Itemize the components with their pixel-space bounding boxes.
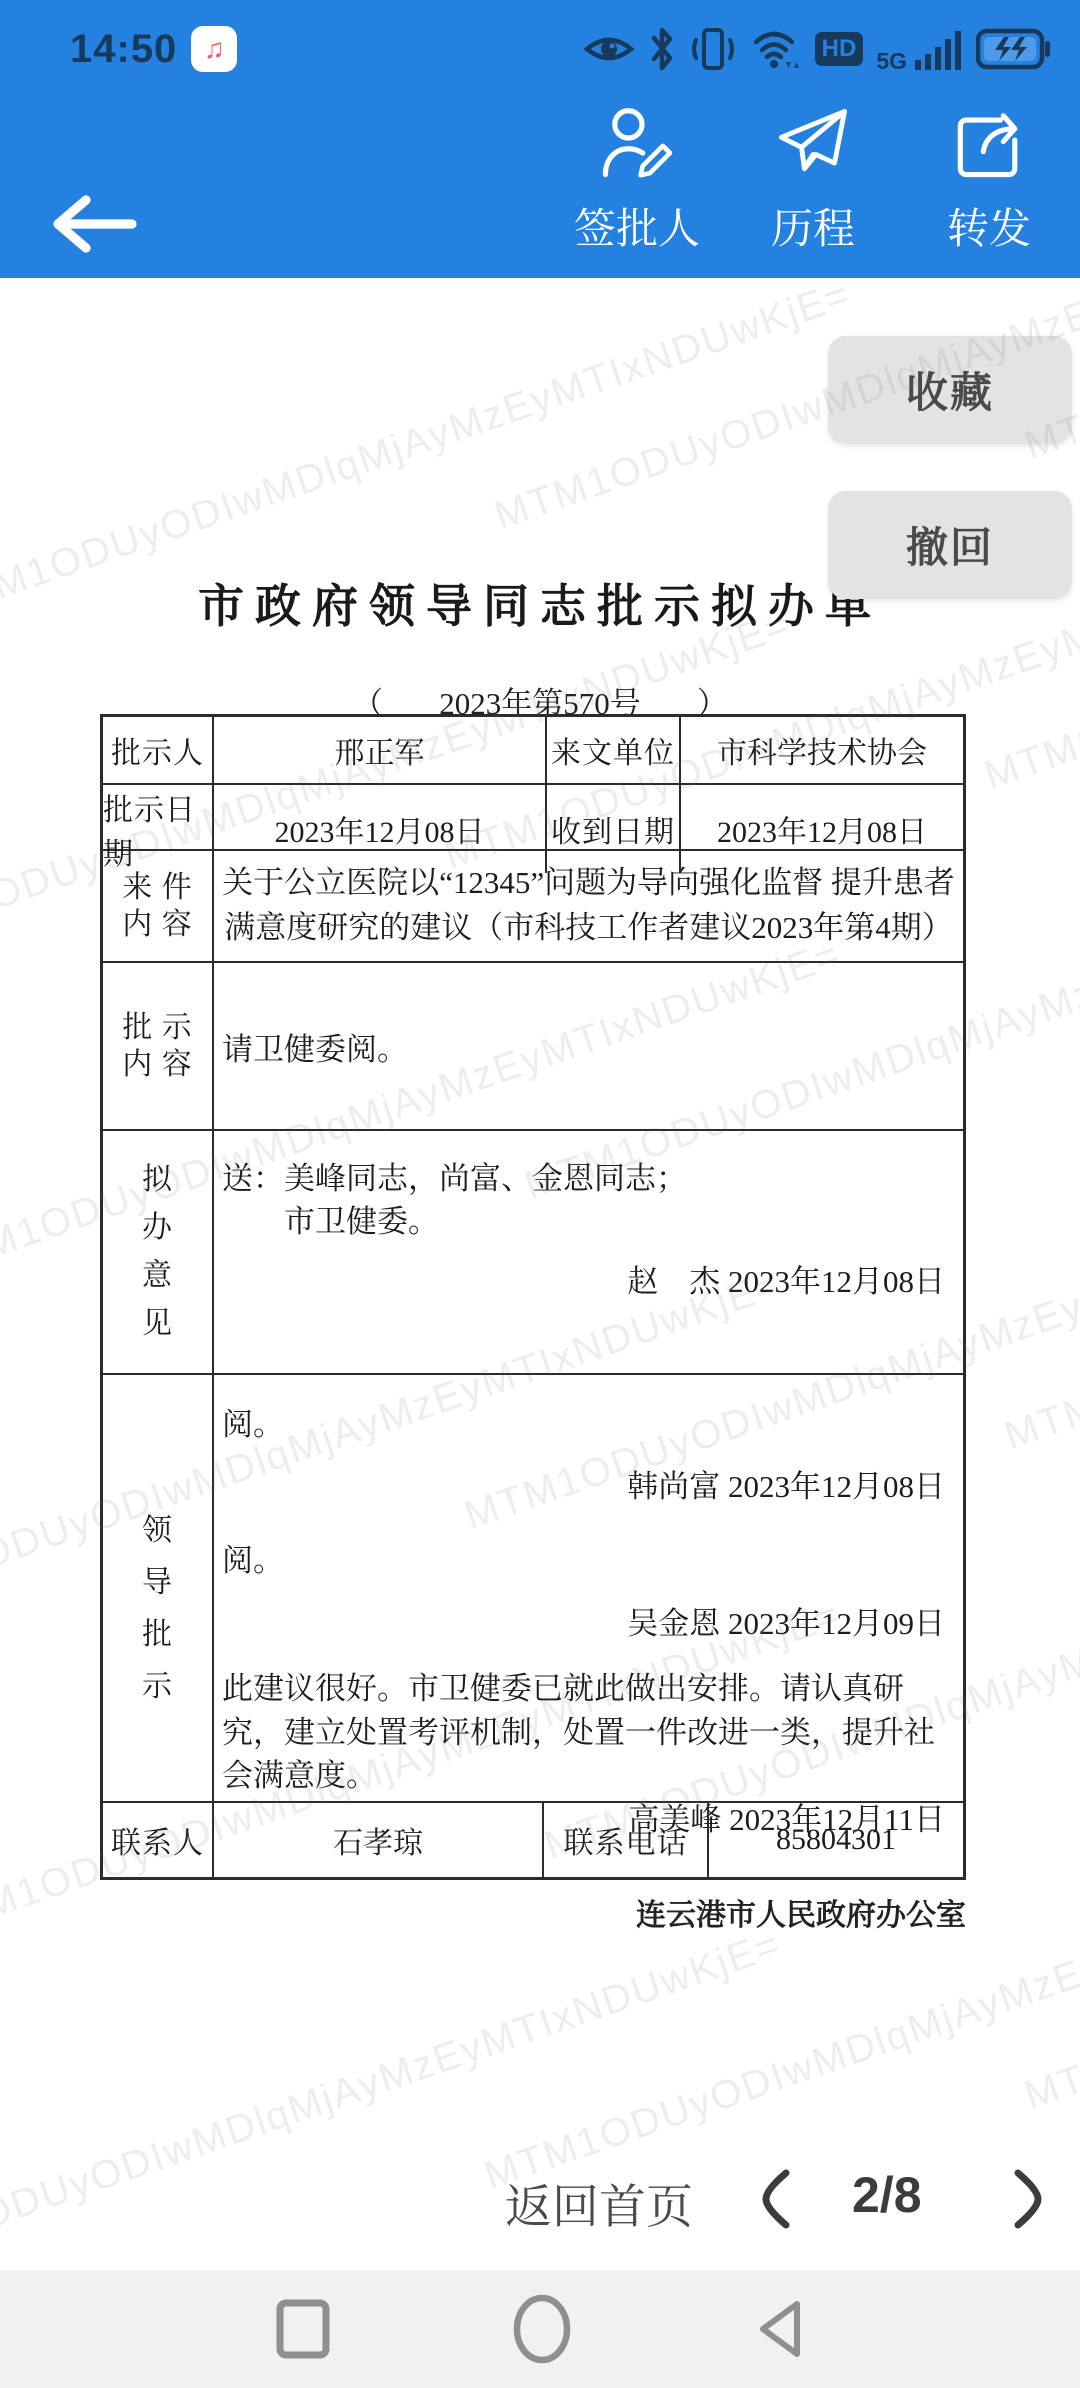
leader-label-char: 导 — [142, 1557, 173, 1609]
instruction-label-line1: 批 示 — [122, 1009, 193, 1047]
incoming-label-line1: 来 件 — [122, 869, 193, 907]
proposal-label: 拟 办 意 见 — [103, 1131, 214, 1373]
music-app-icon: ♫ — [191, 26, 237, 72]
status-bar: 14:50 ♫ HD 5G — [0, 0, 1080, 88]
table-row-leader: 领 导 批 示 阅。 韩尚富 2023年12月08日 阅。 吴金恩 2023年1… — [103, 1375, 963, 1803]
wifi-icon — [750, 26, 802, 72]
proposal-label-char: 见 — [142, 1300, 173, 1348]
proposal-line: 送：美峰同志，尚富、金恩同志； — [222, 1157, 955, 1200]
table-row-dates: 批示日期 2023年12月08日 收到日期 2023年12月08日 — [103, 785, 963, 851]
eye-protection-icon — [583, 27, 635, 71]
proposal-line: 市卫健委。 — [222, 1200, 955, 1243]
instruction-label-line2: 内 容 — [122, 1046, 193, 1084]
next-page-chevron-icon[interactable] — [1010, 2168, 1050, 2230]
table-row-approver: 批示人 邢正军 来文单位 市科学技术协会 — [103, 717, 963, 785]
leader-label-char: 领 — [142, 1505, 173, 1557]
source-unit-value: 市科学技术协会 — [681, 717, 963, 783]
signal-bars-icon: 5G — [876, 26, 963, 72]
watermark-text: MTM1ODUyODIwMDlqMjAyMzEyMTIxNDUwKjE= — [999, 1102, 1080, 1459]
action-forward-button[interactable]: 转发 — [924, 100, 1054, 256]
battery-charging-icon — [976, 27, 1052, 71]
proposal-signature: 赵 杰 2023年12月08日 — [222, 1256, 955, 1301]
table-row-incoming: 来 件 内 容 关于公立医院以“12345”问题为导向强化监督 提升患者满意度研… — [103, 851, 963, 963]
return-home-button[interactable]: 返回首页 — [505, 2170, 693, 2237]
document-page: MTM1ODUyODIwMDlqMjAyMzEyMTIxNDUwKjE=MTM1… — [0, 278, 1080, 2270]
table-row-contact: 联系人 石孝琼 联系电话 85804301 — [103, 1803, 963, 1877]
watermark-text: MTM1ODUyODIwMDlqMjAyMzEyMTIxNDUwKjE= — [1019, 1762, 1080, 2119]
proposal-label-char: 拟 — [142, 1156, 173, 1204]
forward-share-icon — [946, 100, 1032, 186]
leader-label: 领 导 批 示 — [103, 1375, 214, 1842]
withdraw-button[interactable]: 撤回 — [828, 491, 1072, 599]
contact-phone-value: 85804301 — [709, 1803, 963, 1877]
network-type-label: 5G — [876, 51, 907, 72]
leader-comment-text: 此建议很好。市卫健委已就此做出安排。请认真研究，建立处置考评机制，处置一件改进一… — [222, 1667, 955, 1797]
leader-label-char: 示 — [142, 1661, 173, 1713]
back-triangle-icon[interactable] — [753, 2296, 805, 2362]
home-circle-icon[interactable] — [511, 2293, 573, 2365]
action-history-button[interactable]: 历程 — [748, 100, 878, 256]
incoming-label-line2: 内 容 — [122, 906, 193, 944]
leader-comment-text: 阅。 — [222, 1403, 955, 1446]
issuing-office: 连云港市人民政府办公室 — [636, 1890, 966, 1934]
source-unit-label: 来文单位 — [547, 717, 681, 783]
page-indicator: 2/8 — [852, 2166, 922, 2224]
proposal-label-char: 办 — [142, 1204, 173, 1252]
favorite-button[interactable]: 收藏 — [828, 336, 1072, 444]
recents-square-icon[interactable] — [275, 2298, 331, 2360]
incoming-content-label: 来 件 内 容 — [103, 851, 214, 961]
leader-comment-text: 阅。 — [222, 1539, 955, 1582]
proposal-label-char: 意 — [142, 1252, 173, 1300]
hd-badge: HD — [815, 32, 864, 66]
approver-label: 批示人 — [103, 717, 214, 783]
proposal-content: 送：美峰同志，尚富、金恩同志； 市卫健委。 赵 杰 2023年12月08日 — [214, 1131, 963, 1373]
clock: 14:50 — [70, 27, 177, 72]
contact-person-value: 石孝琼 — [214, 1803, 544, 1877]
previous-page-chevron-icon[interactable] — [754, 2168, 794, 2230]
contact-phone-label: 联系电话 — [544, 1803, 709, 1877]
vibrate-icon — [689, 26, 737, 72]
approver-value: 邢正军 — [214, 717, 547, 783]
action-signer-button[interactable]: 签批人 — [572, 100, 702, 256]
app-header: 签批人 历程 转发 — [0, 88, 1080, 278]
leader-comments: 阅。 韩尚富 2023年12月08日 阅。 吴金恩 2023年12月09日 此建… — [214, 1375, 963, 1842]
table-row-proposal: 拟 办 意 见 送：美峰同志，尚富、金恩同志； 市卫健委。 赵 杰 2023年1… — [103, 1131, 963, 1375]
incoming-content-value: 关于公立医院以“12345”问题为导向强化监督 提升患者满意度研究的建议（市科技… — [214, 851, 963, 961]
bluetooth-icon — [648, 26, 676, 72]
leader-label-char: 批 — [142, 1609, 173, 1661]
table-row-instruction: 批 示 内 容 请卫健委阅。 — [103, 963, 963, 1131]
leader-comment-signature: 韩尚富 2023年12月08日 — [222, 1466, 955, 1509]
action-history-label: 历程 — [771, 196, 855, 256]
action-forward-label: 转发 — [947, 196, 1031, 256]
android-navigation-bar — [0, 2270, 1080, 2388]
instruction-content-label: 批 示 内 容 — [103, 963, 214, 1129]
history-paper-plane-icon — [770, 100, 856, 186]
contact-person-label: 联系人 — [103, 1803, 214, 1877]
back-button[interactable] — [42, 184, 152, 264]
action-signer-label: 签批人 — [574, 196, 700, 256]
approval-form-table: 批示人 邢正军 来文单位 市科学技术协会 批示日期 2023年12月08日 收到… — [100, 714, 966, 1880]
instruction-content-value: 请卫健委阅。 — [214, 963, 963, 1129]
signer-person-pencil-icon — [594, 100, 680, 186]
leader-comment-signature: 吴金恩 2023年12月09日 — [222, 1603, 955, 1646]
